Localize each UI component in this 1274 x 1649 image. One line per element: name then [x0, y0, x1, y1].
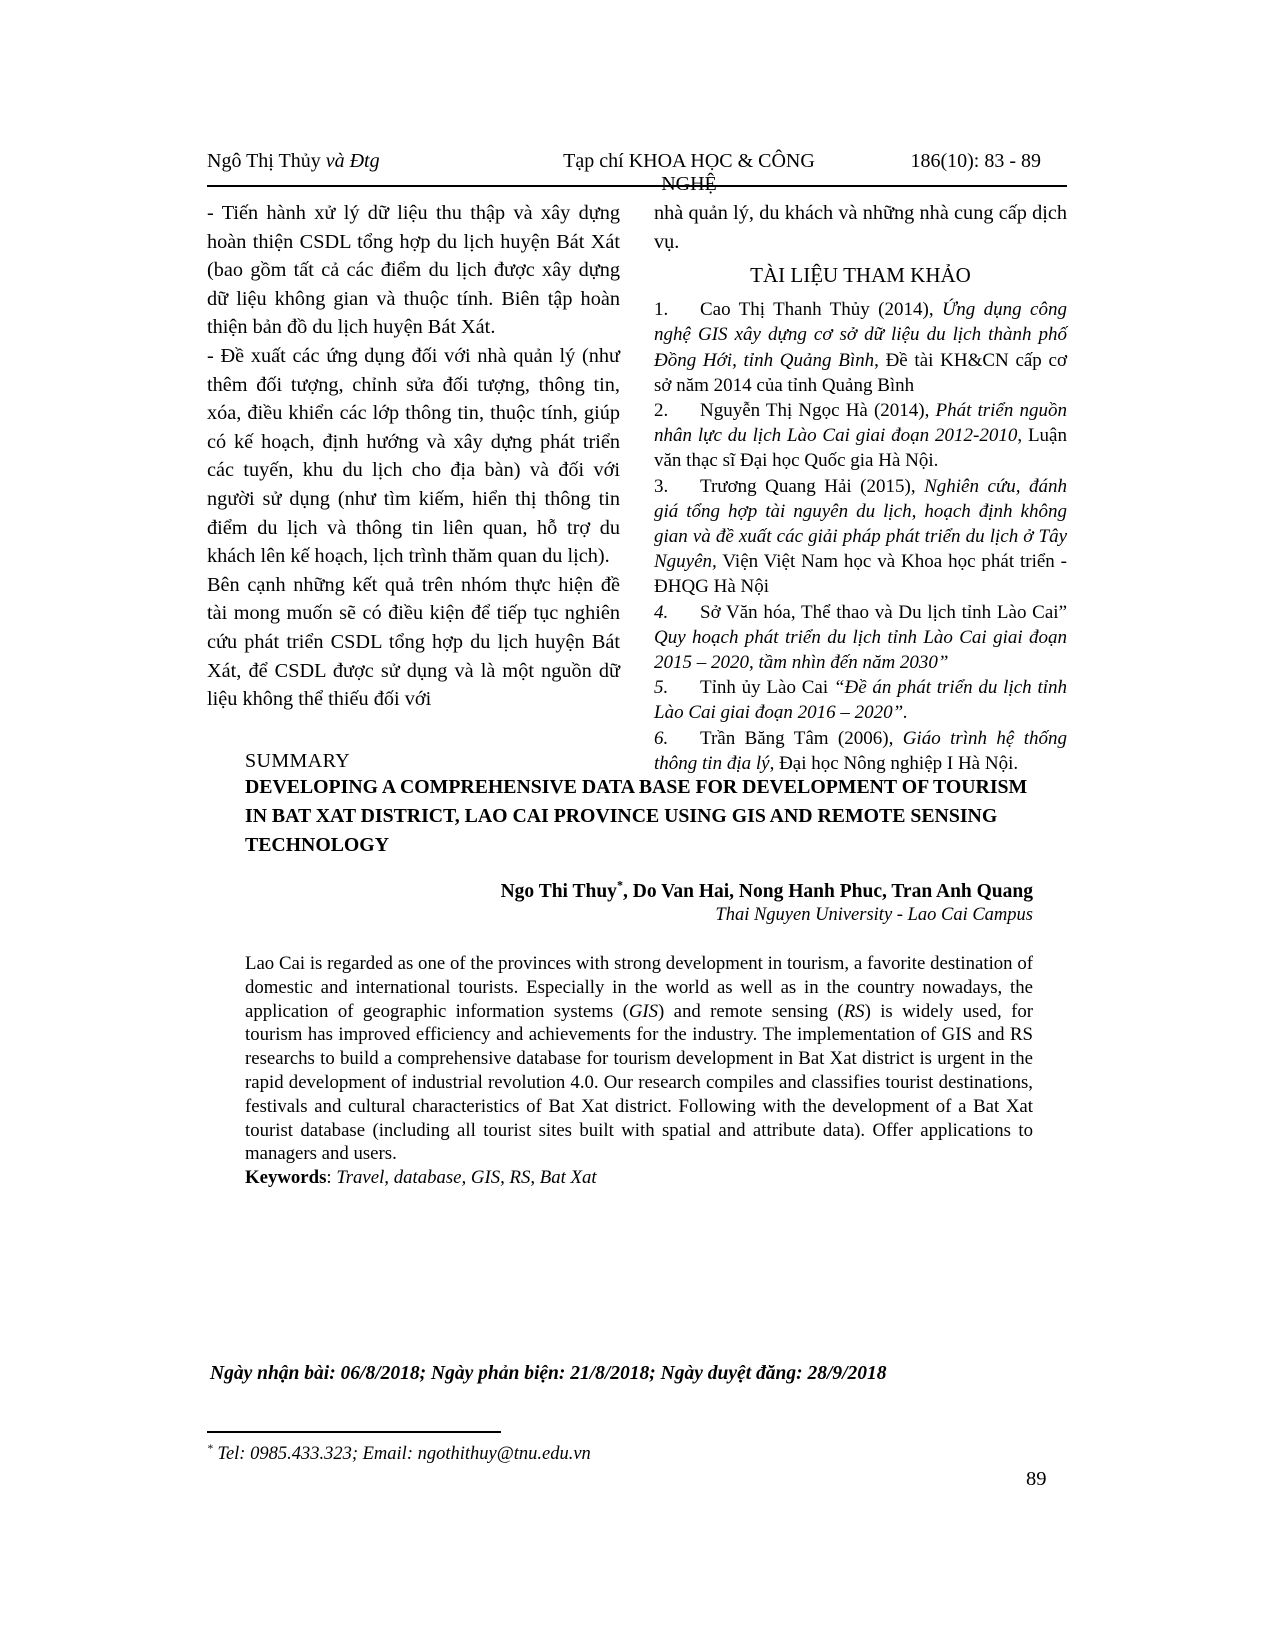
journal-page: Ngô Thị Thủy và Đtg Tạp chí KHOA HỌC & C…: [0, 0, 1274, 1649]
text-segment: Quy hoạch phát triển du lịch tỉnh Lào Ca…: [654, 627, 1067, 673]
affiliation: Thai Nguyen University - Lao Cai Campus: [245, 905, 1033, 926]
references-heading: TÀI LIỆU THAM KHẢO: [654, 263, 1067, 288]
text-segment: Ngô Thị Thủy: [207, 150, 326, 172]
references-list: 1.Cao Thị Thanh Thủy (2014), Ứng dụng cô…: [654, 297, 1067, 776]
article-dates: Ngày nhận bài: 06/8/2018; Ngày phản biện…: [210, 1363, 1070, 1385]
text-segment: và Đtg: [326, 150, 380, 172]
reference-item: 3.Trương Quang Hải (2015), Nghiên cứu, đ…: [654, 474, 1067, 600]
text-segment: Sở Văn hóa, Thể thao và Du lịch tỉnh Lào…: [700, 602, 1067, 623]
summary-section: SUMMARY DEVELOPING A COMPREHENSIVE DATA …: [245, 750, 1033, 1190]
running-header: Ngô Thị Thủy và Đtg Tạp chí KHOA HỌC & C…: [207, 150, 1067, 196]
running-author: Ngô Thị Thủy và Đtg: [207, 150, 537, 173]
text-segment: ) is widely used, for tourism has improv…: [245, 1001, 1033, 1165]
reference-item: 5.Tỉnh ủy Lào Cai “Đề án phát triển du l…: [654, 675, 1067, 725]
text-segment: Viện Việt Nam học và Khoa học phát triển…: [654, 551, 1067, 597]
header-rule: [207, 185, 1067, 187]
two-column-body: - Tiến hành xử lý dữ liệu thu thập và xâ…: [207, 199, 1067, 776]
text-segment: 2.: [654, 398, 700, 423]
reference-item: 2.Nguyễn Thị Ngọc Hà (2014), Phát triển …: [654, 398, 1067, 474]
text-segment: Keywords: [245, 1167, 326, 1188]
body-paragraph: - Đề xuất các ứng dụng đối với nhà quản …: [207, 342, 620, 571]
page-number: 89: [1026, 1468, 1047, 1491]
abstract-text: Lao Cai is regarded as one of the provin…: [245, 952, 1033, 1166]
text-segment: GIS: [629, 1001, 658, 1022]
issue-info: 186(10): 83 - 89: [841, 150, 1067, 173]
text-segment: 6.: [654, 726, 700, 751]
text-segment: Ngo Thi Thuy: [501, 881, 617, 902]
text-segment: 4.: [654, 600, 700, 625]
footnote-contact: * Tel: 0985.433.323; Email: ngothithuy@t…: [207, 1444, 827, 1465]
text-segment: Trần Băng Tâm (2006),: [700, 728, 903, 749]
summary-title: DEVELOPING A COMPREHENSIVE DATA BASE FOR…: [245, 773, 1033, 860]
text-segment: Trương Quang Hải (2015),: [700, 476, 924, 497]
journal-title: Tạp chí KHOA HỌC & CÔNG NGHỆ: [537, 150, 841, 196]
text-segment: 1.: [654, 297, 700, 322]
keywords-line: Keywords: Travel, database, GIS, RS, Bat…: [245, 1166, 1033, 1190]
text-segment: :: [326, 1167, 336, 1188]
continuation-paragraph: nhà quản lý, du khách và những nhà cung …: [654, 199, 1067, 256]
text-segment: Nguyễn Thị Ngọc Hà (2014),: [700, 400, 935, 421]
text-segment: RS: [844, 1001, 865, 1022]
footnote-rule: [207, 1431, 501, 1433]
summary-label: SUMMARY: [245, 750, 1033, 773]
text-segment: ) and remote sensing (: [658, 1001, 844, 1022]
authors-line: Ngo Thi Thuy*, Do Van Hai, Nong Hanh Phu…: [245, 881, 1033, 903]
text-segment: Tel: 0985.433.323; Email: ngothithuy@tnu…: [213, 1444, 591, 1464]
reference-item: 1.Cao Thị Thanh Thủy (2014), Ứng dụng cô…: [654, 297, 1067, 398]
text-segment: 5.: [654, 675, 700, 700]
body-paragraph: Bên cạnh những kết quả trên nhóm thực hi…: [207, 571, 620, 714]
text-segment: 3.: [654, 474, 700, 499]
left-column: - Tiến hành xử lý dữ liệu thu thập và xâ…: [207, 199, 620, 776]
text-segment: Tỉnh ủy Lào Cai: [700, 677, 834, 698]
reference-item: 4.Sở Văn hóa, Thể thao và Du lịch tỉnh L…: [654, 600, 1067, 676]
right-column: nhà quản lý, du khách và những nhà cung …: [654, 199, 1067, 776]
text-segment: Cao Thị Thanh Thủy (2014),: [700, 299, 942, 320]
text-segment: , Do Van Hai, Nong Hanh Phuc, Tran Anh Q…: [623, 881, 1033, 902]
body-paragraph: - Tiến hành xử lý dữ liệu thu thập và xâ…: [207, 199, 620, 342]
text-segment: Travel, database, GIS, RS, Bat Xat: [336, 1167, 596, 1188]
